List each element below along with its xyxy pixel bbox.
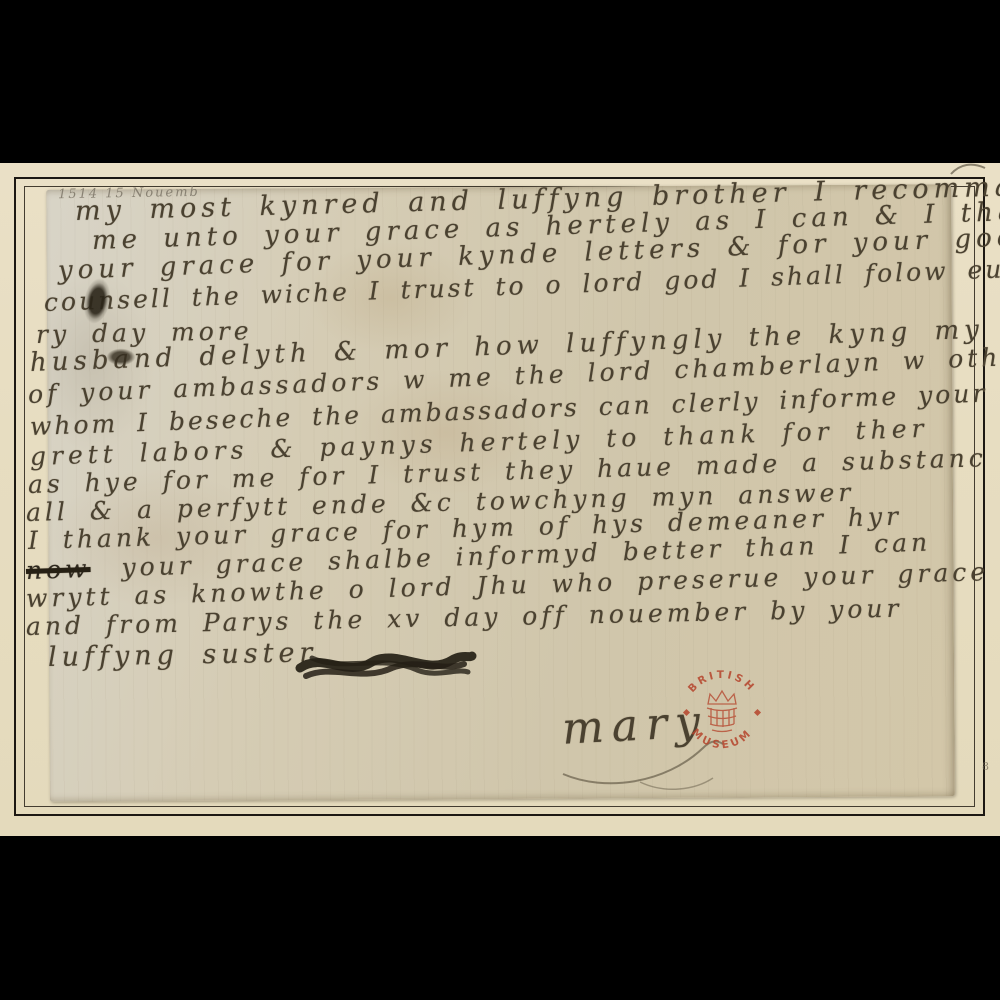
struck-word: now: [26, 554, 91, 585]
stamp-diamond-left: [683, 709, 690, 716]
stamp-crown-icon: [707, 691, 737, 732]
british-museum-stamp: BRITISH MUSEUM: [676, 666, 768, 758]
stamp-text-bottom: MUSEUM: [689, 727, 755, 752]
scanned-letter-photo: 1514 15 Nouemb my most kynred and luffyn…: [0, 0, 1000, 1000]
manuscript-line: luffyng suster: [48, 637, 318, 673]
ink-blot: [104, 347, 138, 367]
svg-text:MUSEUM: MUSEUM: [689, 727, 755, 752]
folio-margin-mark: 8: [982, 760, 989, 773]
deletion-scribble-icon: [292, 638, 477, 690]
corner-pen-mark-icon: [948, 158, 988, 180]
stamp-diamond-right: [754, 709, 761, 716]
